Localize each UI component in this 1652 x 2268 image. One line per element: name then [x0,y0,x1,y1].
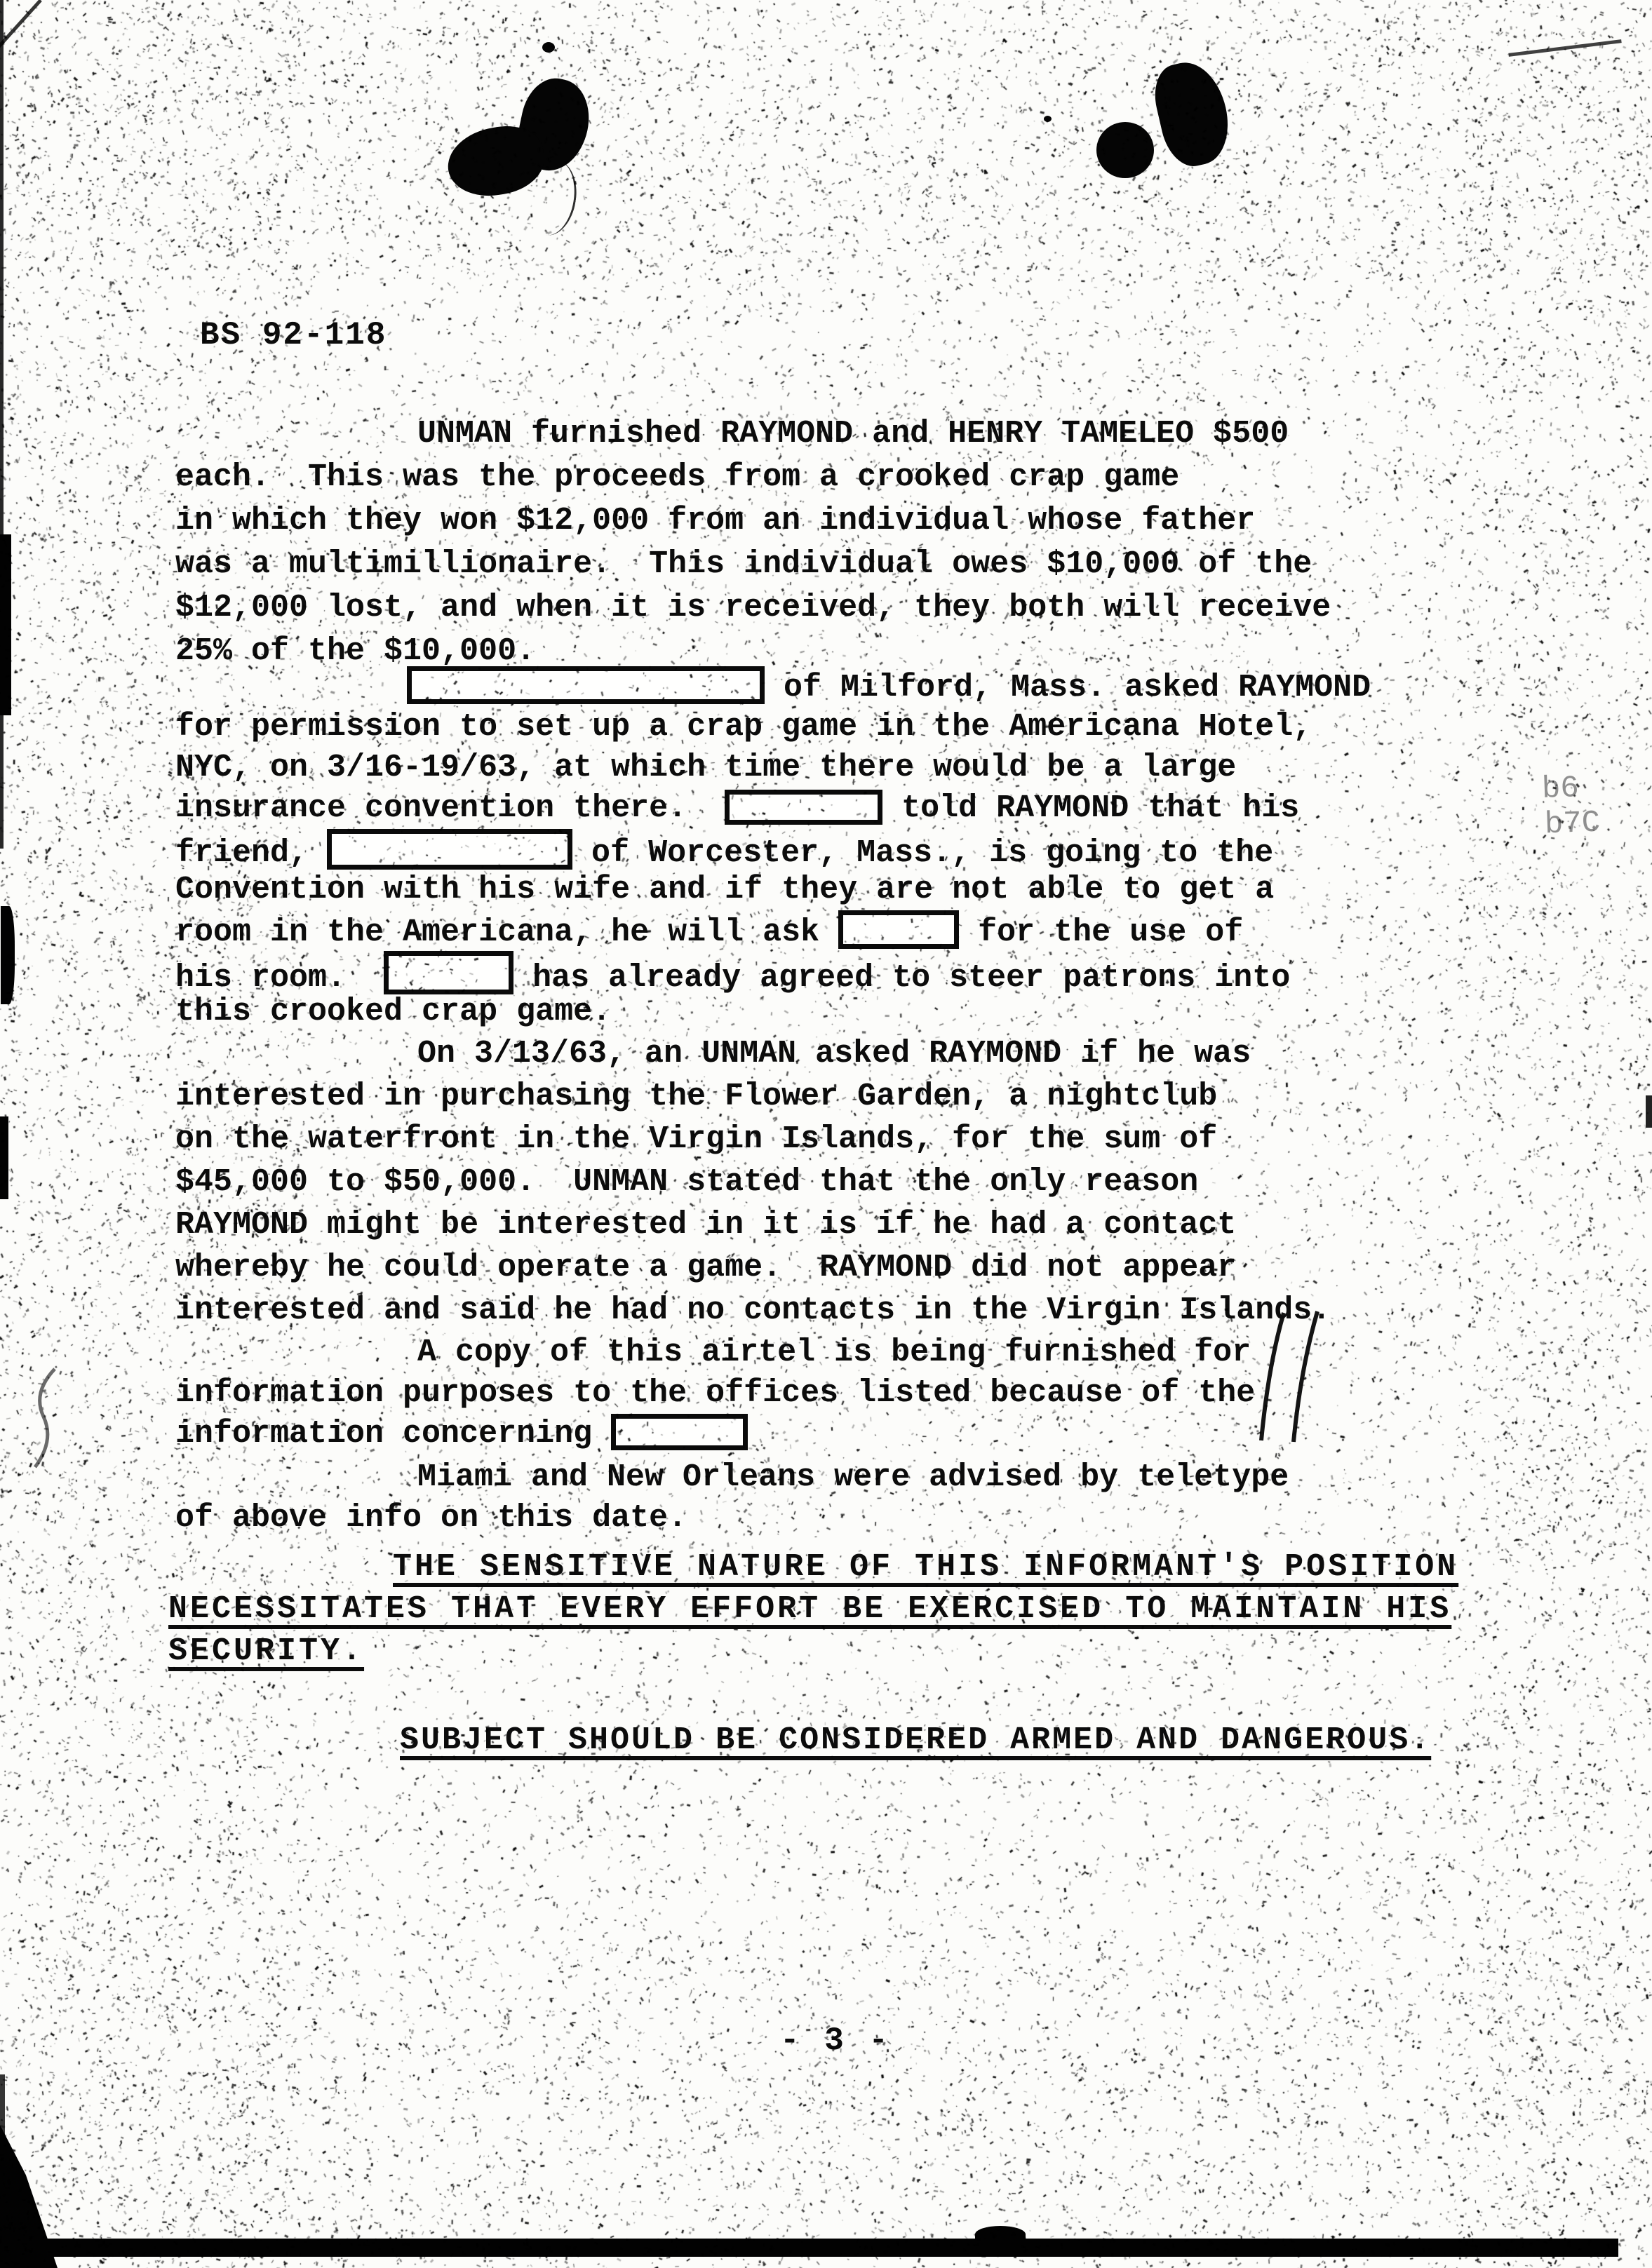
text-line: each. This was the proceeds from a crook… [175,456,1331,499]
text-run: A copy of this airtel is being furnished… [417,1335,1251,1370]
text-run: insurance convention there. [175,790,725,826]
text-line: insurance convention there. told RAYMOND… [175,788,1371,829]
redaction-box [725,790,882,825]
text-run: NYC, on 3/16-19/63, at which time there … [175,750,1236,785]
text-line: interested in purchasing the Flower Gard… [175,1075,1331,1118]
text-run: his room. [175,960,384,996]
text-run: UNMAN furnished RAYMOND and HENRY TAMELE… [417,416,1289,452]
redaction-box [327,829,572,870]
text-run: NECESSITATES THAT EVERY EFFORT BE EXERCI… [168,1591,1451,1627]
text-run: SUBJECT SHOULD BE CONSIDERED ARMED AND D… [400,1722,1431,1758]
paragraph-armed-dangerous: SUBJECT SHOULD BE CONSIDERED ARMED AND D… [400,1720,1431,1762]
top-right-crease-line [1508,39,1621,57]
text-run: of above info on this date. [175,1500,687,1536]
left-edge-smudge-3 [0,1116,8,1199]
text-line: THE SENSITIVE NATURE OF THIS INFORMANT'S… [168,1546,1458,1588]
text-line: interested and said he had no contacts i… [175,1289,1331,1332]
text-line: information purposes to the offices list… [175,1373,1255,1414]
text-line: On 3/13/63, an UNMAN asked RAYMOND if he… [175,1032,1331,1075]
squiggle-stroke [20,1365,69,1470]
text-run: interested in purchasing the Flower Gard… [175,1079,1217,1114]
text-line: $12,000 lost, and when it is received, t… [175,586,1331,630]
text-line: A copy of this airtel is being furnished… [175,1332,1255,1373]
text-line: of Milford, Mass. asked RAYMOND [175,666,1371,707]
left-edge-smudge-2 [1,906,15,1004]
redaction-box [384,951,513,994]
bottom-edge-scan-band [39,2239,1618,2257]
paragraph-milford-crap-game: of Milford, Mass. asked RAYMONDfor permi… [175,666,1371,1032]
page-number: - 3 - [780,2023,891,2059]
text-run: friend, [175,835,327,871]
text-line: on the waterfront in the Virgin Islands,… [175,1118,1331,1161]
left-margin-squiggle [20,1365,69,1480]
text-line: of above info on this date. [175,1498,1289,1539]
ink-dot-small-left [542,42,555,53]
ink-dot-small-right [1044,116,1052,122]
text-line: $45,000 to $50,000. UNMAN stated that th… [175,1161,1331,1203]
text-line: NECESSITATES THAT EVERY EFFORT BE EXERCI… [168,1588,1458,1631]
text-run: $12,000 lost, and when it is received, t… [175,590,1331,626]
text-line: room in the Americana, he will ask for t… [175,910,1371,951]
text-run: for the use of [959,914,1243,950]
text-run: room in the Americana, he will ask [175,914,838,950]
text-line: whereby he could operate a game. RAYMOND… [175,1246,1331,1289]
text-line: information concerning [175,1414,1255,1454]
text-run: each. This was the proceeds from a crook… [175,459,1179,495]
text-line: for permission to set up a crap game in … [175,707,1371,748]
redaction-box [838,910,959,949]
redaction-box [407,666,765,704]
text-run: Convention with his wife and if they are… [175,872,1274,907]
text-run: $45,000 to $50,000. UNMAN stated that th… [175,1164,1198,1200]
paragraph-flower-garden: On 3/13/63, an UNMAN asked RAYMOND if he… [175,1032,1331,1332]
text-run: on the waterfront in the Virgin Islands,… [175,1121,1217,1157]
text-run: this crooked crap game. [175,994,611,1030]
text-run: in which they won $12,000 from an indivi… [175,503,1255,539]
text-line: NYC, on 3/16-19/63, at which time there … [175,748,1371,788]
redaction-box [611,1414,748,1450]
text-line: his room. has already agreed to steer pa… [175,951,1371,992]
paragraph-miami-new-orleans: Miami and New Orleans were advised by te… [175,1457,1289,1539]
text-run: Miami and New Orleans were advised by te… [417,1459,1289,1495]
file-number: BS 92-118 [200,317,387,353]
left-edge-smudge-1 [0,534,11,715]
text-run: of Worcester, Mass., is going to the [572,835,1273,871]
text-line: Miami and New Orleans were advised by te… [175,1457,1289,1498]
text-run: information concerning [175,1416,611,1452]
text-line: SUBJECT SHOULD BE CONSIDERED ARMED AND D… [400,1720,1431,1762]
text-run: information purposes to the offices list… [175,1375,1255,1411]
text-run: On 3/13/63, an UNMAN asked RAYMOND if he… [417,1036,1251,1072]
text-run: interested and said he had no contacts i… [175,1292,1331,1328]
text-run: for permission to set up a crap game in … [175,709,1312,745]
scanned-document-page: BS 92-118 UNMAN furnished RAYMOND and HE… [0,0,1652,2268]
exemption-code-b6: b6 [1541,771,1580,807]
text-line: Convention with his wife and if they are… [175,870,1371,910]
text-line: in which they won $12,000 from an indivi… [175,499,1331,543]
text-run: SECURITY. [168,1633,364,1669]
text-run: THE SENSITIVE NATURE OF THIS INFORMANT'S… [393,1549,1458,1585]
text-line: SECURITY. [168,1631,1458,1673]
left-edge-scan-line [0,0,4,849]
paragraph-informant-security: THE SENSITIVE NATURE OF THIS INFORMANT'S… [168,1546,1458,1673]
paragraph-unman-payment: UNMAN furnished RAYMOND and HENRY TAMELE… [175,412,1331,673]
exemption-code-b7c: b7C [1544,806,1601,843]
text-run: 25% of the $10,000. [175,633,535,669]
text-run: was a multimillionaire. This individual … [175,546,1312,582]
right-edge-mark [1646,1095,1652,1128]
text-run: RAYMOND might be interested in it is if … [175,1207,1236,1243]
text-line: friend, of Worcester, Mass., is going to… [175,829,1371,870]
top-left-crease-line [0,0,42,75]
text-run: has already agreed to steer patrons into [513,960,1290,996]
bottom-edge-bump [975,2226,1026,2243]
ink-blob-right-circle [1096,122,1154,178]
text-run: whereby he could operate a game. RAYMOND… [175,1250,1236,1285]
text-run: told RAYMOND that his [882,790,1299,826]
paragraph-airtel-copy: A copy of this airtel is being furnished… [175,1332,1255,1454]
text-line: this crooked crap game. [175,992,1371,1032]
text-line: UNMAN furnished RAYMOND and HENRY TAMELE… [175,412,1331,456]
text-line: RAYMOND might be interested in it is if … [175,1203,1331,1246]
text-run: of Milford, Mass. asked RAYMOND [765,670,1371,706]
ink-blob-right-top [1148,55,1237,172]
text-line: was a multimillionaire. This individual … [175,543,1331,586]
